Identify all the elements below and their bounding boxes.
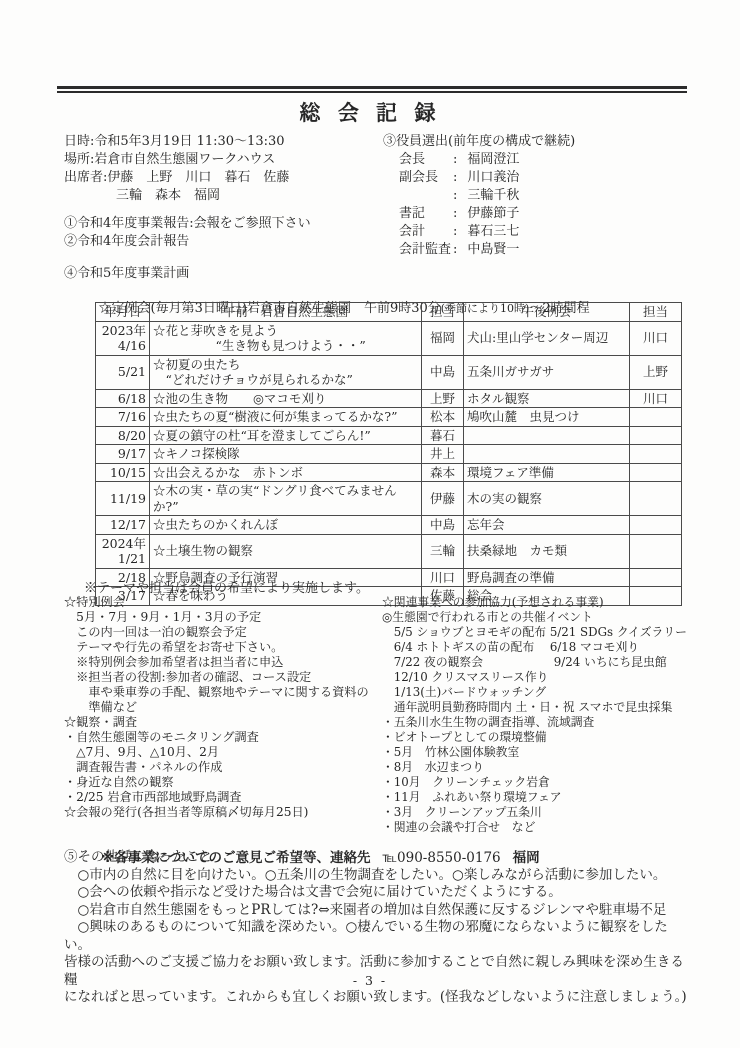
officer-name: 川口義治 [467,170,519,185]
col-header-am: 午前 岩倉自然生態園 [150,303,422,322]
col-header-pm-tanto: 担当 [630,303,682,322]
schedule-pm-activity: 扶桑緑地 カモ類 [464,534,630,568]
schedule-table: 年月日 午前 岩倉自然生態園 担当 午後例会 担当 2023年 4/16 ☆花と… [95,302,682,606]
col-header-pm: 午後例会 [464,303,630,322]
officer-name: 暮石三七 [467,224,519,239]
plan-detail-line: 5/5 ショウブとヨモギの配布 5/21 SDGs クイズラリー [382,625,684,640]
officer-name: 三輪千秋 [467,188,519,203]
schedule-pm-tanto [630,445,682,464]
plan-detail-line: 6/4 ホトトギスの苗の配布 6/18 マコモ刈り [382,640,684,655]
schedule-am-activity: ☆虫たちのかくれんぼ [150,516,422,535]
officer-colon: : [453,188,457,203]
schedule-am-activity: ☆虫たちの夏“樹液に何が集まってるかな?” [150,408,422,427]
schedule-am-tanto: 暮石 [422,426,464,445]
schedule-am-activity: ☆木の実・草の実“ドングリ食べてみませんか?” [150,482,422,516]
officer-row: 会長:福岡澄江 [383,151,575,169]
schedule-pm-tanto [630,568,682,587]
schedule-pm-tanto [630,426,682,445]
plan-detail-line: ・8月 水辺まつり [382,760,684,775]
officer-role: 書記 [399,205,453,223]
officer-colon: : [453,170,457,185]
schedule-am-tanto: 川口 [422,568,464,587]
plan-detail-line: ☆特別例会 [64,595,382,610]
meeting-info: 日時:令和5年3月19日 11:30〜13:30 場所:岩倉市自然生態園ワークハ… [64,133,311,251]
plan-detail-line: 車や乗車券の手配、観察地やテーマに関する資料の [64,685,382,700]
schedule-date: 6/18 [96,389,150,408]
plan-detail-line: ※特別例会参加希望者は担当者に申込 [64,655,382,670]
other-topic-line: になればと思っています。これからも宜しくお願い致します。(怪我などしないように注… [64,989,692,1007]
plan-detail-line: ・ビオトープとしての環境整備 [382,730,684,745]
plan-detail-line: ・五条川水生生物の調査指導、流域調査 [382,715,684,730]
meeting-place: 場所:岩倉市自然生態園ワークハウス [64,151,311,169]
agenda-item-2: ②令和4年度会計報告 [64,233,311,251]
officer-row: 副会長:川口義治 [383,169,575,187]
schedule-date: 2024年 1/21 [96,534,150,568]
plan-detail-line: この内一回は一泊の観察会予定 [64,625,382,640]
officer-colon: : [453,206,457,221]
schedule-row: 5/21 ☆初夏の虫たち “どれだけチョウが見られるかな” 中島 五条川ガサガサ… [96,355,682,389]
officer-role: 副会長 [399,169,453,187]
plan-heading: ④令和5年度事業計画 [64,262,189,281]
schedule-pm-activity: 鳩吹山麓 虫見つけ [464,408,630,427]
schedule-am-activity: ☆花と芽吹きを見よう “生き物も見つけよう・・” [150,321,422,355]
plan-details-left-column: ☆特別例会 5月・7月・9月・1月・3月の予定 この内一回は一泊の観察会予定 テ… [64,595,382,835]
schedule-am-tanto: 三輪 [422,534,464,568]
schedule-am-tanto: 上野 [422,389,464,408]
officer-name: 福岡澄江 [467,152,519,167]
officer-row: :三輪千秋 [383,187,575,205]
schedule-date: 7/16 [96,408,150,427]
schedule-pm-tanto: 川口 [630,321,682,355]
schedule-row: 11/19 ☆木の実・草の実“ドングリ食べてみませんか?” 伊藤 木の実の観察 [96,482,682,516]
schedule-body: 2023年 4/16 ☆花と芽吹きを見よう “生き物も見つけよう・・” 福岡 犬… [96,321,682,605]
plan-detail-line: ・身近な自然の観察 [64,775,382,790]
schedule-date: 11/19 [96,482,150,516]
other-topic-line: ○興味のあるものについて知識を深めたい。○棲んでいる生物の邪魔にならないように観… [64,919,692,954]
page-number: - 3 - [0,973,740,988]
plan-detail-line: ◎生態園で行われる市との共催イベント [382,610,684,625]
schedule-header-row: 年月日 午前 岩倉自然生態園 担当 午後例会 担当 [96,303,682,322]
schedule-am-activity: ☆キノコ探検隊 [150,445,422,464]
schedule-row: 12/17 ☆虫たちのかくれんぼ 中島 忘年会 [96,516,682,535]
plan-detail-line: ・自然生態園等のモニタリング調査 [64,730,382,745]
schedule-pm-activity: 環境フェア準備 [464,463,630,482]
officer-role: 会長 [399,151,453,169]
officer-colon: : [453,224,457,239]
schedule-row: 2023年 4/16 ☆花と芽吹きを見よう “生き物も見つけよう・・” 福岡 犬… [96,321,682,355]
schedule-pm-activity: ホタル観察 [464,389,630,408]
schedule-date: 8/20 [96,426,150,445]
schedule-date: 5/21 [96,355,150,389]
schedule-row: 8/20 ☆夏の鎮守の杜“耳を澄ましてごらん!” 暮石 [96,426,682,445]
schedule-pm-tanto: 上野 [630,355,682,389]
plan-detail-line: テーマや行先の希望をお寄せ下さい。 [64,640,382,655]
col-header-date: 年月日 [96,303,150,322]
plan-detail-line: ・10月 クリーンチェック岩倉 [382,775,684,790]
other-topics-heading: ⑤その他話し合ったこと [64,849,692,867]
plan-detail-line: △7月、9月、△10月、2月 [64,745,382,760]
schedule-am-tanto: 中島 [422,516,464,535]
schedule-row: 6/18 ☆池の生き物 ◎マコモ刈り 上野 ホタル観察 川口 [96,389,682,408]
schedule-am-activity: ☆土壌生物の観察 [150,534,422,568]
schedule-date: 9/17 [96,445,150,464]
other-topic-line: ○岩倉市自然生態園をもっとPRしては?⇔来園者の増加は自然保護に反するジレンマや… [64,902,692,920]
plan-detail-line: ・5月 竹林公園体験教室 [382,745,684,760]
plan-detail-line: ・2/25 岩倉市西部地域野鳥調査 [64,790,382,805]
plan-detail-line: ※担当者の役割:参加者の確認、コース設定 [64,670,382,685]
schedule-am-tanto: 井上 [422,445,464,464]
schedule-am-tanto: 中島 [422,355,464,389]
schedule-row: 7/16 ☆虫たちの夏“樹液に何が集まってるかな?” 松本 鳩吹山麓 虫見つけ [96,408,682,427]
schedule-date: 10/15 [96,463,150,482]
plan-detail-line: 準備など [64,700,382,715]
officer-selection: ③役員選出(前年度の構成で継続) 会長:福岡澄江 副会長:川口義治 :三輪千秋 … [383,133,575,259]
schedule-date: 12/17 [96,516,150,535]
schedule-pm-tanto [630,463,682,482]
schedule-am-tanto: 伊藤 [422,482,464,516]
plan-details: ☆特別例会 5月・7月・9月・1月・3月の予定 この内一回は一泊の観察会予定 テ… [64,595,684,835]
officer-row: 書記:伊藤節子 [383,205,575,223]
schedule-am-activity: ☆出会えるかな 赤トンボ [150,463,422,482]
schedule-row: 2024年 1/21 ☆土壌生物の観察 三輪 扶桑緑地 カモ類 [96,534,682,568]
schedule-pm-activity: 忘年会 [464,516,630,535]
officer-colon: : [453,242,457,257]
schedule-pm-activity: 五条川ガサガサ [464,355,630,389]
officer-row: 会計:暮石三七 [383,223,575,241]
schedule-pm-tanto [630,482,682,516]
schedule-pm-tanto [630,534,682,568]
schedule-am-activity: ☆初夏の虫たち “どれだけチョウが見られるかな” [150,355,422,389]
schedule-date: 2023年 4/16 [96,321,150,355]
other-topic-line: ○会への依頼や指示など受けた場合は文書で会宛に届けていただくようにする。 [64,884,692,902]
agenda-item-1: ①令和4年度事業報告:会報をご参照下さい [64,215,311,233]
officer-name: 伊藤節子 [467,206,519,221]
schedule-am-activity: ☆夏の鎮守の杜“耳を澄ましてごらん!” [150,426,422,445]
schedule-pm-tanto [630,516,682,535]
schedule-pm-activity [464,426,630,445]
officer-role: 会計監査 [399,241,453,259]
document-page: 総 会 記 録 日時:令和5年3月19日 11:30〜13:30 場所:岩倉市自… [0,0,740,1048]
schedule-am-tanto: 松本 [422,408,464,427]
plan-detail-line: 通年説明員勤務時間内 土・日・祝 スマホで昆虫採集 [382,700,684,715]
meeting-attendees-1: 出席者:伊藤 上野 川口 暮石 佐藤 [64,169,311,187]
plan-detail-line: 5月・7月・9月・1月・3月の予定 [64,610,382,625]
plan-detail-line: ☆観察・調査 [64,715,382,730]
schedule-pm-tanto: 川口 [630,389,682,408]
plan-detail-line: 1/13(土)バードウォッチング [382,685,684,700]
officer-name: 中島賢一 [467,242,519,257]
plan-detail-line: 7/22 夜の観察会 9/24 いちにち昆虫館 [382,655,684,670]
page-title: 総 会 記 録 [0,97,740,127]
plan-detail-line: ☆関連事業への参加協力(予想される事業) [382,595,684,610]
schedule-note: ※テーマや担当は会員の希望により実施します。 [84,577,369,596]
schedule-am-tanto: 森本 [422,463,464,482]
schedule-pm-activity: 野鳥調査の準備 [464,568,630,587]
meeting-attendees-2: 三輪 森本 福岡 [64,187,311,205]
plan-detail-line: 12/10 クリスマスリース作り [382,670,684,685]
schedule-pm-activity: 犬山:里山学センター周辺 [464,321,630,355]
schedule-row: 9/17 ☆キノコ探検隊 井上 [96,445,682,464]
plan-detail-line: ☆会報の発行(各担当者等原稿〆切毎月25日) [64,805,382,820]
officer-role: 会計 [399,223,453,241]
other-topic-line: ○市内の自然に目を向けたい。○五条川の生物調査をしたい。○楽しみながら活動に参加… [64,867,692,885]
top-double-rule [57,86,687,93]
schedule-am-activity: ☆池の生き物 ◎マコモ刈り [150,389,422,408]
officers-heading: ③役員選出(前年度の構成で継続) [383,133,575,151]
schedule-row: 10/15 ☆出会えるかな 赤トンボ 森本 環境フェア準備 [96,463,682,482]
schedule-am-tanto: 福岡 [422,321,464,355]
plan-detail-line: 調査報告書・パネルの作成 [64,760,382,775]
meeting-datetime: 日時:令和5年3月19日 11:30〜13:30 [64,133,311,151]
schedule-pm-activity [464,445,630,464]
plan-details-right-column: ☆関連事業への参加協力(予想される事業)◎生態園で行われる市との共催イベント 5… [382,595,684,835]
schedule-pm-tanto [630,408,682,427]
officer-colon: : [453,152,457,167]
col-header-am-tanto: 担当 [422,303,464,322]
plan-detail-line: ・3月 クリーンアップ五条川 [382,805,684,820]
plan-detail-line: ・11月 ふれあい祭り環境フェア [382,790,684,805]
officers-list: 会長:福岡澄江 副会長:川口義治 :三輪千秋 書記:伊藤節子 会計:暮石三七 会… [383,151,575,259]
officer-row: 会計監査:中島賢一 [383,241,575,259]
schedule-pm-activity: 木の実の観察 [464,482,630,516]
